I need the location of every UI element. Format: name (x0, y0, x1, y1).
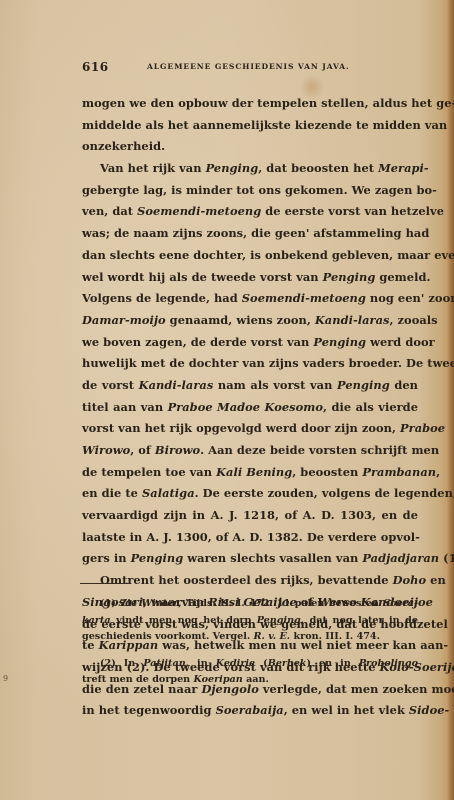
footnotes: (1) Zie Winter, Tijds. II. I. 472. 11 pa… (82, 596, 418, 689)
text-line: mogen we den opbouw der tempelen stellen… (82, 93, 418, 115)
book-page: 616 ALGEMEENE GESCHIEDENIS VAN JAVA. mog… (0, 0, 454, 800)
italic-term: Koeripan (194, 674, 243, 685)
italic-term: Probolingo (359, 658, 418, 669)
text-line: Damar-moijo genaamd, wiens zoon, Kandi-l… (82, 310, 418, 332)
italic-term: Wirowo (82, 443, 130, 457)
italic-term: karta (82, 615, 111, 626)
footnote-line: karta vindt men nog het dorp Penging, da… (82, 613, 418, 630)
text-line: titel aan van Praboe Madoe Koesomo, die … (82, 397, 418, 419)
italic-term: Penging (313, 335, 366, 349)
footnote-line: geschiedenis voorkomt. Vergel. R. v. E. … (82, 629, 418, 646)
page-number: 616 (82, 60, 109, 74)
text-line: huwelijk met de dochter van zijns vaders… (82, 353, 418, 375)
text-line: we boven zagen, de derde vorst van Pengi… (82, 332, 418, 354)
italic-term: Kandi-laras (139, 378, 214, 392)
italic-term: Penging (131, 551, 184, 565)
italic-term: Penging (206, 161, 259, 175)
italic-term: Praboe Madoe Koesomo (168, 400, 323, 414)
footnote: (2) In Patjitan, in Kedirie (Berbek) en … (82, 656, 418, 689)
text-line: middelde als het aannemelijkste kiezende… (82, 115, 418, 137)
text-line: ven, dat Soemendi-metoeng de eerste vors… (82, 201, 418, 223)
italic-term: Kali Bening (216, 465, 292, 479)
text-line: was; de naam zijns zoons, die geen' afst… (82, 223, 418, 245)
italic-term: Salatiga (142, 486, 195, 500)
text-line: vervaardigd zijn in A. J. 1218, of A. D.… (82, 505, 418, 527)
running-head: ALGEMEENE GESCHIEDENIS VAN JAVA. (147, 62, 350, 71)
text-line: laatste in A. J. 1300, of A. D. 1382. De… (82, 527, 418, 549)
footnote: (1) Zie Winter, Tijds. II. I. 472. 11 pa… (82, 596, 418, 646)
footnote-gap (82, 646, 418, 656)
italic-term: Praboe (400, 421, 445, 435)
italic-term: Patjitan (143, 658, 185, 669)
footnote-line: (2) In Patjitan, in Kedirie (Berbek) en … (82, 656, 418, 673)
italic-term: Penging (257, 615, 301, 626)
page-header: 616 ALGEMEENE GESCHIEDENIS VAN JAVA. (0, 60, 454, 80)
italic-term: Birowo (155, 443, 200, 457)
text-line: de vorst Kandi-laras nam als vorst van P… (82, 375, 418, 397)
text-line: wel wordt hij als de tweede vorst van Pe… (82, 267, 418, 289)
italic-term: Penging (337, 378, 390, 392)
footnote-line: (1) Zie Winter, Tijds. II. I. 472. 11 pa… (82, 596, 418, 613)
text-line: vorst van het rijk opgevolgd werd door z… (82, 418, 418, 440)
italic-term: Soemendi-metoeng (137, 204, 261, 218)
text-line: gers in Penging waren slechts vasallen v… (82, 548, 418, 570)
text-line: Volgens de legende, had Soemendi-metoeng… (82, 288, 418, 310)
text-line: Wirowo, of Birowo. Aan deze beide vorste… (82, 440, 418, 462)
text-line: de tempelen toe van Kali Bening, beooste… (82, 462, 418, 484)
italic-term: Kandi-laras (315, 313, 390, 327)
text-line: en die te Salatiga. De eerste zouden, vo… (82, 483, 418, 505)
italic-term: Damar-moijo (82, 313, 166, 327)
text-line: Omtrent het oosterdeel des rijks, bevatt… (82, 570, 418, 592)
text-line: Van het rijk van Penging, dat beoosten h… (82, 158, 418, 180)
italic-term: Soera- (383, 598, 418, 609)
text-line: in het tegenwoordig Soerabaija, en wel i… (82, 700, 418, 722)
italic-term: Berbek (268, 658, 307, 669)
italic-term: Kedirie (216, 658, 255, 669)
italic-term: Penging (323, 270, 376, 284)
text-line: dan slechts eene dochter, is onbekend ge… (82, 245, 418, 267)
italic-term: Padjadjaran (362, 551, 439, 565)
text-line: gebergte lag, is minder tot ons gekomen.… (82, 180, 418, 202)
italic-term: Winter (141, 598, 178, 609)
text-line: onzekerheid. (82, 136, 418, 158)
italic-term: Sidoe- (409, 703, 449, 717)
italic-term: Merapi- (378, 161, 429, 175)
footnote-line: treft men de dorpen Koeripan aan. (82, 672, 418, 689)
footnote-rule (80, 583, 128, 584)
italic-term: Doho (393, 573, 427, 587)
italic-term: Soerabaija (216, 703, 284, 717)
italic-term: R. v. E. (254, 631, 291, 642)
margin-mark: 9 (3, 674, 8, 683)
italic-term: Soemendi-metoeng (242, 291, 366, 305)
italic-term: Prambanan (362, 465, 436, 479)
